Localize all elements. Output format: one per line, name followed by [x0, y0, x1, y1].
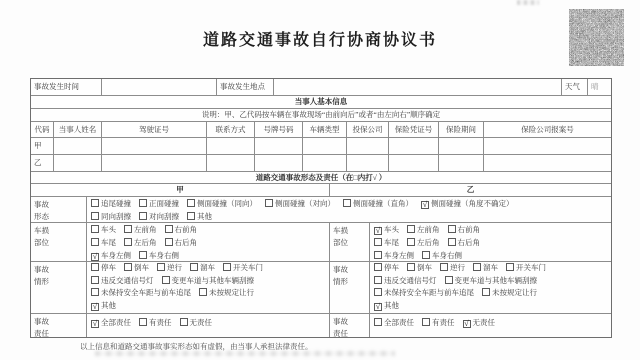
- checkbox-icon[interactable]: √: [91, 303, 99, 311]
- checkbox-label: 左前角: [134, 225, 157, 234]
- checkbox-label: 正面碰撞: [149, 199, 179, 208]
- table-row-accident-title: 道路交通事故形态及责任（在□内打√ ）: [31, 171, 611, 183]
- checkbox-icon[interactable]: [445, 276, 453, 284]
- checkbox-icon[interactable]: [422, 318, 430, 326]
- checkbox-label: 右后角: [458, 238, 481, 247]
- col-vehicle-type: 车辆类型: [302, 122, 346, 137]
- checkbox-icon[interactable]: [124, 225, 132, 233]
- checkbox-label: 有责任: [149, 318, 172, 327]
- checkbox-item[interactable]: 右前角: [165, 225, 198, 234]
- table-row-party-a: 甲: [31, 137, 611, 154]
- checkbox-icon[interactable]: [180, 318, 188, 326]
- qr-noise-image: [569, 9, 624, 66]
- damage-label-b: 车损部位: [329, 223, 369, 261]
- checkbox-icon[interactable]: [139, 251, 147, 259]
- checkbox-label: 开关车门: [233, 263, 263, 272]
- damage-b-line2: 车尾左后角右后角: [370, 236, 611, 249]
- col-report-no: 保险公司报案号: [483, 122, 611, 137]
- checkbox-icon[interactable]: [91, 276, 99, 284]
- checkbox-icon[interactable]: [139, 212, 147, 220]
- party-b-plate-field[interactable]: [254, 155, 302, 171]
- damage-label-a: 车损部位: [31, 223, 86, 261]
- checkbox-icon[interactable]: [165, 225, 173, 233]
- responsibility-a-line: √全部责任有责任无责任: [87, 316, 329, 329]
- checkbox-item[interactable]: 追尾碰撞: [91, 199, 131, 208]
- checkbox-item[interactable]: √侧面碰撞（角度不确定）: [421, 199, 514, 208]
- col-contact: 联系方式: [206, 122, 254, 137]
- accident-time-label: 事故发生时间: [31, 79, 101, 95]
- checkbox-item[interactable]: √其他: [374, 301, 399, 310]
- checkbox-icon[interactable]: [343, 199, 351, 207]
- col-license: 驾驶证号: [101, 122, 206, 137]
- checkbox-item[interactable]: 车身右侧: [139, 251, 179, 260]
- checkbox-icon[interactable]: [374, 263, 382, 271]
- situation-options-a: 停车倒车逆行溜车开关车门 违反交通信号灯变更车道与其他车辆刮擦 未保持安全车距与…: [86, 262, 329, 313]
- checkbox-icon[interactable]: [422, 251, 430, 259]
- morphology-line1: 追尾碰撞正面碰撞侧面碰撞（同向）侧面碰撞（对向）侧面碰撞（直角）√侧面碰撞（角度…: [87, 197, 611, 210]
- checkbox-label: 车尾: [384, 238, 399, 247]
- party-a-policy-no-field[interactable]: [388, 138, 438, 154]
- checkbox-icon[interactable]: [374, 276, 382, 284]
- checkbox-icon[interactable]: [187, 212, 195, 220]
- situation-a-line2: 违反交通信号灯变更车道与其他车辆刮擦: [87, 275, 329, 288]
- table-row-columns: 代码 当事人姓名 驾驶证号 联系方式 号牌号码 车辆类型 投保公司 保险凭证号 …: [31, 121, 611, 137]
- checkbox-icon[interactable]: [374, 318, 382, 326]
- responsibility-options-b: 全部责任有责任√无责任: [369, 314, 611, 337]
- col-insurance-period: 保险期间: [438, 122, 483, 137]
- situation-label-a: 事故情形: [31, 262, 86, 313]
- party-b-policy-no-field[interactable]: [388, 155, 438, 171]
- checkbox-item[interactable]: 右后角: [165, 238, 198, 247]
- party-b-name-field[interactable]: [53, 155, 101, 171]
- checkbox-icon[interactable]: [199, 288, 207, 296]
- checkbox-item[interactable]: 未按规定让行: [482, 288, 537, 297]
- checkbox-label: 其他: [101, 301, 116, 310]
- checkbox-icon[interactable]: [407, 238, 415, 246]
- party-b-insurance-period-field[interactable]: [438, 155, 483, 171]
- checkbox-item[interactable]: 车身右侧: [422, 251, 462, 260]
- checkbox-item[interactable]: √车头: [374, 225, 399, 234]
- checkbox-item[interactable]: 右后角: [448, 238, 481, 247]
- checkbox-label: 停车: [101, 263, 116, 272]
- code-order-instruction: 说明：甲、乙代码按车辆在事故现场“由前向后”或者“由左向右”顺序确定: [31, 109, 611, 121]
- checkbox-label: 右后角: [175, 238, 198, 247]
- checkbox-item[interactable]: 倒车: [407, 263, 432, 272]
- party-a-name-field[interactable]: [53, 138, 101, 154]
- checkbox-icon[interactable]: [374, 288, 382, 296]
- checkbox-item[interactable]: 开关车门: [223, 263, 263, 272]
- accident-location-field[interactable]: [273, 79, 561, 95]
- checkbox-item[interactable]: 车尾: [91, 238, 116, 247]
- checkbox-label: 无责任: [190, 318, 213, 327]
- morphology-label: 事故形态: [31, 197, 86, 222]
- checkbox-label: 未保持安全车距与前车追尾: [101, 288, 191, 297]
- damage-options-b: √车头左前角右前角 车尾左后角右后角 车身左侧车身右侧: [369, 223, 611, 261]
- party-a-license-field[interactable]: [101, 138, 206, 154]
- checkbox-item[interactable]: 侧面碰撞（同向）: [187, 199, 257, 208]
- checkbox-item[interactable]: 车身左侧: [374, 251, 414, 260]
- situation-a-line1: 停车倒车逆行溜车开关车门: [87, 262, 329, 275]
- responsibility-options-a: √全部责任有责任无责任: [86, 314, 329, 337]
- checkbox-icon[interactable]: √: [374, 303, 382, 311]
- responsibility-b-line: 全部责任有责任√无责任: [370, 316, 611, 329]
- party-a-vehicle-type-field[interactable]: [302, 138, 346, 154]
- party-b-vehicle-type-field[interactable]: [302, 155, 346, 171]
- table-row-situation: 事故情形 停车倒车逆行溜车开关车门 违反交通信号灯变更车道与其他车辆刮擦 未保持…: [31, 261, 611, 313]
- checkbox-label: 变更车道与其他车辆刮擦: [172, 276, 255, 285]
- checkbox-item[interactable]: 左前角: [407, 225, 440, 234]
- checkbox-icon[interactable]: [165, 238, 173, 246]
- checkbox-icon[interactable]: [162, 276, 170, 284]
- checkbox-item[interactable]: 未按规定让行: [199, 288, 254, 297]
- table-row-party-b: 乙: [31, 154, 611, 171]
- col-insurer: 投保公司: [346, 122, 388, 137]
- morphology-line2: 同向刮擦对向刮擦其他: [87, 210, 611, 222]
- checkbox-icon[interactable]: [448, 225, 456, 233]
- accident-time-field[interactable]: [101, 79, 216, 95]
- checkbox-label: 停车: [384, 263, 399, 272]
- damage-a-line2: 车尾左后角右后角: [87, 236, 329, 249]
- checkbox-icon[interactable]: √: [91, 320, 99, 328]
- checkbox-item[interactable]: 其他: [187, 212, 212, 221]
- checkbox-icon[interactable]: √: [91, 253, 99, 261]
- table-row-ab-header: 甲 乙: [31, 183, 611, 196]
- checkbox-label: 全部责任: [384, 318, 414, 327]
- situation-b-line1: 停车倒车逆行溜车开关车门: [370, 262, 611, 275]
- col-code: 代码: [31, 122, 53, 137]
- col-policy-no: 保险凭证号: [388, 122, 438, 137]
- agreement-table: 事故发生时间 事故发生地点 天气 晴 当事人基本信息 说明：甲、乙代码按车辆在事…: [30, 78, 612, 338]
- situation-b-line4: √其他: [370, 300, 611, 313]
- party-b-report-no-field[interactable]: [483, 155, 611, 171]
- checkbox-icon[interactable]: [473, 263, 481, 271]
- checkbox-label: 未按规定让行: [209, 288, 254, 297]
- checkbox-item[interactable]: 未保持安全车距与前车追尾: [91, 288, 191, 297]
- damage-a-line1: 车头左前角右前角: [87, 223, 329, 236]
- checkbox-item[interactable]: 侧面碰撞（直角）: [343, 199, 413, 208]
- checkbox-icon[interactable]: [440, 263, 448, 271]
- checkbox-icon[interactable]: [374, 238, 382, 246]
- checkbox-icon[interactable]: √: [463, 320, 471, 328]
- checkbox-label: 其他: [197, 212, 212, 221]
- checkbox-icon[interactable]: [190, 263, 198, 271]
- checkbox-icon[interactable]: [91, 238, 99, 246]
- checkbox-icon[interactable]: [223, 263, 231, 271]
- damage-b-line1: √车头左前角右前角: [370, 223, 611, 236]
- checkbox-item[interactable]: 未保持安全车距与前车追尾: [374, 288, 474, 297]
- party-b-license-field[interactable]: [101, 155, 206, 171]
- weather-value: 晴: [587, 79, 611, 95]
- party-a-code: 甲: [31, 138, 53, 154]
- accident-location-label: 事故发生地点: [216, 79, 273, 95]
- responsibility-label-b: 事故责任: [329, 314, 369, 337]
- checkbox-label: 违反交通信号灯: [101, 276, 154, 285]
- document-page: 道路交通事故自行协商协议书 事故发生时间 事故发生地点 天气 晴 当事人基本信: [0, 0, 640, 360]
- checkbox-label: 侧面碰撞（直角）: [353, 199, 413, 208]
- checkbox-icon[interactable]: [407, 225, 415, 233]
- checkbox-label: 侧面碰撞（角度不确定）: [431, 199, 514, 208]
- checkbox-label: 车身左侧: [384, 251, 414, 260]
- checkbox-icon[interactable]: [91, 199, 99, 207]
- checkbox-label: 车尾: [101, 238, 116, 247]
- checkbox-icon[interactable]: [482, 288, 490, 296]
- responsibility-label-a: 事故责任: [31, 314, 86, 337]
- checkbox-label: 有责任: [432, 318, 455, 327]
- checkbox-icon[interactable]: [139, 318, 147, 326]
- checkbox-label: 对向刮擦: [149, 212, 179, 221]
- checkbox-item[interactable]: 逆行: [440, 263, 465, 272]
- morphology-options: 追尾碰撞正面碰撞侧面碰撞（同向）侧面碰撞（对向）侧面碰撞（直角）√侧面碰撞（角度…: [86, 197, 611, 222]
- checkbox-item[interactable]: 无责任: [180, 318, 213, 327]
- checkbox-label: 全部责任: [101, 318, 131, 327]
- checkbox-label: 未保持安全车距与前车追尾: [384, 288, 474, 297]
- checkbox-label: 右前角: [458, 225, 481, 234]
- scan-artifact-top: [517, 0, 539, 5]
- checkbox-item[interactable]: 正面碰撞: [139, 199, 179, 208]
- checkbox-icon[interactable]: [139, 199, 147, 207]
- checkbox-label: 同向刮擦: [101, 212, 131, 221]
- party-a-header: 甲: [31, 184, 329, 196]
- checkbox-item[interactable]: 车头: [91, 225, 116, 234]
- accident-section-title: 道路交通事故形态及责任（在□内打√ ）: [31, 172, 611, 183]
- col-plate: 号牌号码: [254, 122, 302, 137]
- checkbox-label: 左前角: [417, 225, 440, 234]
- checkbox-label: 左后角: [417, 238, 440, 247]
- weather-label: 天气: [561, 79, 587, 95]
- checkbox-icon[interactable]: [407, 263, 415, 271]
- damage-b-line3: 车身左侧车身右侧: [370, 249, 611, 261]
- checkbox-icon[interactable]: [265, 199, 273, 207]
- table-row-morphology: 事故形态 追尾碰撞正面碰撞侧面碰撞（同向）侧面碰撞（对向）侧面碰撞（直角）√侧面…: [31, 196, 611, 222]
- checkbox-label: 溜车: [200, 263, 215, 272]
- checkbox-item[interactable]: 有责任: [139, 318, 172, 327]
- checkbox-item[interactable]: 对向刮擦: [139, 212, 179, 221]
- party-b-code: 乙: [31, 155, 53, 171]
- basic-info-section-title: 当事人基本信息: [31, 96, 611, 108]
- checkbox-item[interactable]: √其他: [91, 301, 116, 310]
- checkbox-label: 溜车: [483, 263, 498, 272]
- checkbox-label: 其他: [384, 301, 399, 310]
- table-row-responsibility: 事故责任 √全部责任有责任无责任 事故责任 全部责任有责任√无责任: [31, 313, 611, 337]
- checkbox-icon[interactable]: [91, 212, 99, 220]
- checkbox-icon[interactable]: [187, 199, 195, 207]
- checkbox-label: 车头: [101, 225, 116, 234]
- damage-a-line3: √车身左侧车身右侧: [87, 249, 329, 261]
- checkbox-icon[interactable]: [91, 225, 99, 233]
- checkbox-label: 车身右侧: [149, 251, 179, 260]
- checkbox-item[interactable]: 倒车: [124, 263, 149, 272]
- table-row-damage: 车损部位 车头左前角右前角 车尾左后角右后角 √车身左侧车身右侧 车损部位 √车…: [31, 222, 611, 261]
- checkbox-label: 倒车: [134, 263, 149, 272]
- checkbox-icon[interactable]: [91, 263, 99, 271]
- checkbox-item[interactable]: 车尾: [374, 238, 399, 247]
- checkbox-label: 右前角: [175, 225, 198, 234]
- situation-b-line3: 未保持安全车距与前车追尾未按规定让行: [370, 287, 611, 300]
- checkbox-icon[interactable]: √: [421, 201, 429, 209]
- checkbox-icon[interactable]: [124, 238, 132, 246]
- checkbox-icon[interactable]: [506, 263, 514, 271]
- table-row-instruction: 说明：甲、乙代码按车辆在事故现场“由前向后”或者“由左向右”顺序确定: [31, 108, 611, 121]
- checkbox-item[interactable]: 全部责任: [374, 318, 414, 327]
- party-a-insurance-period-field[interactable]: [438, 138, 483, 154]
- situation-b-line2: 违反交通信号灯变更车道与其他车辆刮擦: [370, 275, 611, 288]
- checkbox-item[interactable]: 变更车道与其他车辆刮擦: [162, 276, 255, 285]
- checkbox-label: 无责任: [473, 318, 496, 327]
- party-a-insurer-field[interactable]: [346, 138, 388, 154]
- checkbox-item[interactable]: √无责任: [463, 318, 496, 327]
- table-row-basic-info-title: 当事人基本信息: [31, 95, 611, 108]
- party-a-contact-field[interactable]: [206, 138, 254, 154]
- checkbox-item[interactable]: 右前角: [448, 225, 481, 234]
- checkbox-label: 逆行: [167, 263, 182, 272]
- checkbox-item[interactable]: 停车: [91, 263, 116, 272]
- checkbox-item[interactable]: 开关车门: [506, 263, 546, 272]
- page-title: 道路交通事故自行协商协议书: [0, 27, 640, 50]
- checkbox-label: 车头: [384, 225, 399, 234]
- checkbox-item[interactable]: 停车: [374, 263, 399, 272]
- situation-a-line4: √其他: [87, 300, 329, 313]
- checkbox-item[interactable]: 变更车道与其他车辆刮擦: [445, 276, 538, 285]
- checkbox-label: 未按规定让行: [492, 288, 537, 297]
- checkbox-item[interactable]: 同向刮擦: [91, 212, 131, 221]
- checkbox-label: 车身左侧: [101, 251, 131, 260]
- party-a-report-no-field[interactable]: [483, 138, 611, 154]
- party-b-header: 乙: [329, 184, 611, 196]
- checkbox-item[interactable]: 左后角: [124, 238, 157, 247]
- col-name: 当事人姓名: [53, 122, 101, 137]
- party-a-plate-field[interactable]: [254, 138, 302, 154]
- checkbox-icon[interactable]: [91, 288, 99, 296]
- situation-options-b: 停车倒车逆行溜车开关车门 违反交通信号灯变更车道与其他车辆刮擦 未保持安全车距与…: [369, 262, 611, 313]
- checkbox-label: 左后角: [134, 238, 157, 247]
- checkbox-item[interactable]: 左前角: [124, 225, 157, 234]
- checkbox-label: 追尾碰撞: [101, 199, 131, 208]
- checkbox-item[interactable]: 左后角: [407, 238, 440, 247]
- checkbox-label: 变更车道与其他车辆刮擦: [455, 276, 538, 285]
- checkbox-label: 侧面碰撞（对向）: [275, 199, 335, 208]
- party-b-contact-field[interactable]: [206, 155, 254, 171]
- checkbox-item[interactable]: 违反交通信号灯: [91, 276, 154, 285]
- checkbox-label: 车身右侧: [432, 251, 462, 260]
- checkbox-item[interactable]: 逆行: [157, 263, 182, 272]
- checkbox-icon[interactable]: [157, 263, 165, 271]
- situation-label-b: 事故情形: [329, 262, 369, 313]
- checkbox-icon[interactable]: [448, 238, 456, 246]
- table-row-header-info: 事故发生时间 事故发生地点 天气 晴: [31, 79, 611, 95]
- checkbox-item[interactable]: 溜车: [473, 263, 498, 272]
- checkbox-label: 倒车: [417, 263, 432, 272]
- checkbox-label: 逆行: [450, 263, 465, 272]
- situation-a-line3: 未保持安全车距与前车追尾未按规定让行: [87, 287, 329, 300]
- checkbox-icon[interactable]: [374, 251, 382, 259]
- checkbox-item[interactable]: √车身左侧: [91, 251, 131, 260]
- checkbox-item[interactable]: √全部责任: [91, 318, 131, 327]
- checkbox-item[interactable]: 有责任: [422, 318, 455, 327]
- checkbox-icon[interactable]: √: [374, 227, 382, 235]
- checkbox-item[interactable]: 违反交通信号灯: [374, 276, 437, 285]
- checkbox-label: 违反交通信号灯: [384, 276, 437, 285]
- scan-artifact-bottom: [95, 351, 395, 356]
- party-b-insurer-field[interactable]: [346, 155, 388, 171]
- checkbox-label: 开关车门: [516, 263, 546, 272]
- checkbox-icon[interactable]: [124, 263, 132, 271]
- checkbox-item[interactable]: 溜车: [190, 263, 215, 272]
- damage-options-a: 车头左前角右前角 车尾左后角右后角 √车身左侧车身右侧: [86, 223, 329, 261]
- checkbox-item[interactable]: 侧面碰撞（对向）: [265, 199, 335, 208]
- checkbox-label: 侧面碰撞（同向）: [197, 199, 257, 208]
